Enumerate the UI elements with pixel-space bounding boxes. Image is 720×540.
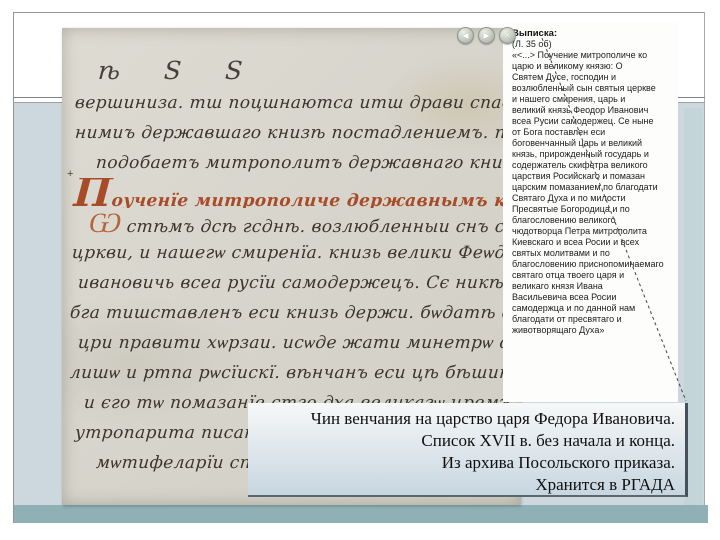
excerpt-line: благословению приснопоминаемаго bbox=[512, 259, 674, 270]
slide-border-top bbox=[13, 12, 705, 13]
manuscript-line: бга тишставленъ еси книзь держи. бѡдатѣ … bbox=[62, 298, 520, 328]
forward-arrow-icon: ▶ bbox=[483, 32, 489, 40]
footer-accent-band bbox=[14, 505, 708, 523]
excerpt-line: боговенчанный царь и великий bbox=[512, 138, 674, 149]
excerpt-line: и нашего смирения, царь и bbox=[512, 94, 674, 105]
excerpt-line: Святем Дусе, господин и bbox=[512, 72, 674, 83]
excerpt-line: Киевскаго и всеа Росии и всех bbox=[512, 237, 674, 248]
manuscript-margin-mark: + bbox=[67, 168, 73, 180]
manuscript-line: ивановичь всеа русїи самодержецъ. Сє ник… bbox=[62, 268, 520, 298]
manuscript-line: нимиъ державшаго книзѣ постадлениемъ. по… bbox=[62, 118, 520, 148]
excerpt-line: (Л. 35 об) bbox=[512, 39, 674, 50]
excerpt-line: чюдотворца Петра митрополита bbox=[512, 226, 674, 237]
excerpt-line: Святаго Духа и по милости bbox=[512, 193, 674, 204]
excerpt-line: святаго отца твоего царя и bbox=[512, 270, 674, 281]
excerpt-line: содержатель скифетра великого bbox=[512, 160, 674, 171]
nav-back-button[interactable]: ◀ bbox=[457, 27, 474, 44]
excerpt-line: Пресвятые Богородица и по bbox=[512, 204, 674, 215]
excerpt-line: благодати от пресвятаго и bbox=[512, 314, 674, 325]
nav-close-button[interactable]: ✕ bbox=[499, 27, 516, 44]
excerpt-line: царским помазанием по благодати bbox=[512, 182, 674, 193]
excerpt-line: животворящаго Духа» bbox=[512, 325, 674, 336]
caption-box: Чин венчания на царство царя Федора Иван… bbox=[248, 403, 688, 497]
excerpt-line: князь, прирожденный государь и bbox=[512, 149, 674, 160]
excerpt-line: царю и великому князю: О bbox=[512, 61, 674, 72]
slide-canvas: + ѣ Ѕ Ѕвершиниза. тш поцшнаютса итш драв… bbox=[0, 0, 720, 540]
caption-line: Из архива Посольского приказа. bbox=[248, 452, 675, 474]
excerpt-line: благословению великого bbox=[512, 215, 674, 226]
excerpt-line: царствия Росийскаго и помазан bbox=[512, 171, 674, 182]
manuscript-line: лишѡ и ртпа рѡсїискї. вѣнчанъ еси цѣ бѣш… bbox=[62, 358, 520, 388]
slide-border-right bbox=[704, 12, 705, 523]
caption-line: Список XVII в. без начала и конца. bbox=[248, 430, 675, 452]
close-icon: ✕ bbox=[504, 32, 511, 40]
caption-line: Чин венчания на царство царя Федора Иван… bbox=[248, 408, 675, 430]
nav-forward-button[interactable]: ▶ bbox=[478, 27, 495, 44]
excerpt-panel: Выписка: (Л. 35 об)«<...> Поучение митро… bbox=[503, 22, 678, 402]
manuscript-line: подобаетъ митрополитъ державнаго книза о… bbox=[62, 148, 520, 178]
excerpt-line: всеа Русии самодержец. Се ныне bbox=[512, 116, 674, 127]
manuscript-line: цркви, и нашегѡ смиренїа. книзь велики Ф… bbox=[62, 238, 520, 268]
excerpt-line: самодержца и по данной нам bbox=[512, 303, 674, 314]
excerpt-line: от Бога поставлен еси bbox=[512, 127, 674, 138]
manuscript-line: ѣ Ѕ Ѕ bbox=[62, 56, 520, 88]
excerpt-line: возлюбленный сын святыя церкве bbox=[512, 83, 674, 94]
excerpt-text-block: (Л. 35 об)«<...> Поучение митрополиче ко… bbox=[512, 39, 674, 336]
caption-line: Хранится в РГАДА bbox=[248, 474, 675, 496]
excerpt-line: святых молитвами и по bbox=[512, 248, 674, 259]
manuscript-line: Ѡ стѣмъ дсѣ гсднѣ. возлюбленныи снъ стыа bbox=[62, 208, 520, 238]
manuscript-line: Поученїе митрополиче державнымъ книзѣ . bbox=[62, 178, 520, 208]
excerpt-line: «<...> Поучение митрополиче ко bbox=[512, 50, 674, 61]
manuscript-line: цри правити хѡрзаи. исѡде жати минетрѡ д… bbox=[62, 328, 520, 358]
excerpt-line: великий князь Феодор Иванович bbox=[512, 105, 674, 116]
manuscript-line: вершиниза. тш поцшнаютса итш драви спадъ… bbox=[62, 88, 520, 118]
back-arrow-icon: ◀ bbox=[462, 32, 468, 40]
excerpt-line: Васильевича всеа Росии bbox=[512, 292, 674, 303]
excerpt-line: великаго князя Ивана bbox=[512, 281, 674, 292]
excerpt-title: Выписка: bbox=[512, 28, 674, 39]
